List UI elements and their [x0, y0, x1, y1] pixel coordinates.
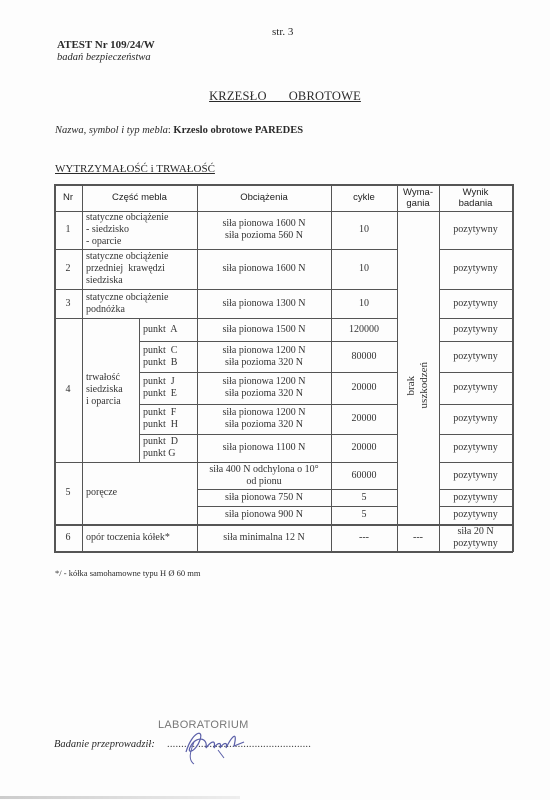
row-cycles: --- — [331, 524, 397, 551]
test-points-line: punkt D — [143, 436, 178, 448]
row-load: siła minimalna 12 N — [197, 524, 331, 551]
row-cycles-text: 10 — [359, 298, 369, 310]
row-result-line: pozytywny — [453, 492, 497, 504]
row-load-line: siła pozioma 320 N — [222, 419, 305, 431]
test-points-text: punkt Fpunkt H — [143, 407, 178, 431]
header-cycles-line: cykle — [353, 192, 375, 203]
header-load: Obciążenia — [197, 184, 331, 211]
row-nr: 3 — [54, 289, 82, 318]
requirement-merged-cell: brakuszkodzeń — [397, 318, 439, 462]
row-part-text: statyczne obciążenie- siedzisko- oparcie — [86, 212, 168, 248]
row-load-line: od pionu — [209, 476, 318, 488]
row-result-text: pozytywny — [453, 351, 497, 363]
row-cycles-text: --- — [359, 532, 369, 544]
row-load-line: siła 400 N odchylona o 10° — [209, 464, 318, 476]
test-points: punkt Dpunkt G — [139, 434, 201, 462]
row-cycles: 10 — [331, 249, 397, 289]
header-requirements-text: Wyma-gania — [403, 187, 433, 209]
row-load-line: siła pionowa 1200 N — [222, 345, 305, 357]
test-points-text: punkt Dpunkt G — [143, 436, 178, 460]
test-points-line: punkt E — [143, 388, 177, 400]
row-load-text: siła pionowa 750 N — [225, 492, 303, 504]
row-cycles-line: 20000 — [352, 413, 377, 425]
row-load-text: siła pionowa 1200 Nsiła pozioma 320 N — [222, 345, 305, 369]
header-part-text: Część mebla — [112, 192, 167, 203]
row-nr-text: 2 — [66, 263, 71, 275]
row-cycles: 5 — [331, 489, 397, 506]
row-nr: 5 — [54, 462, 82, 524]
row-part-text: statyczne obciążeniepodnóżka — [86, 292, 168, 316]
header-cycles-text: cykle — [353, 192, 375, 203]
row-result: pozytywny — [439, 289, 512, 318]
strength-durability-table: NrCzęść meblaObciążeniacykleWyma-ganiaWy… — [54, 184, 513, 552]
row-load-text: siła pionowa 1100 N — [223, 442, 306, 454]
row-load-text: siła pionowa 1300 N — [222, 298, 305, 310]
requirement-merged-text: brakuszkodzeń — [405, 362, 431, 408]
row-result-text: pozytywny — [453, 263, 497, 275]
header-result: Wynikbadania — [439, 184, 512, 211]
row-result: pozytywny — [439, 318, 512, 341]
row-part-line: poręcze — [86, 487, 117, 499]
row-part-line: statyczne obciążenie — [86, 292, 168, 304]
row-cycles-line: 10 — [359, 224, 369, 236]
row-nr: 6 — [54, 524, 82, 551]
test-points-line: punkt J — [143, 376, 177, 388]
row-nr-line: 4 — [66, 384, 71, 396]
row-load: siła pionowa 1200 Nsiła pozioma 320 N — [197, 372, 331, 404]
row-nr-text: 4 — [66, 384, 71, 396]
row-cycles-line: 20000 — [352, 442, 377, 454]
row-load-line: siła pionowa 1500 N — [222, 324, 305, 336]
row-result-line: siła 20 N — [453, 526, 497, 538]
row-load-line: siła pozioma 320 N — [222, 388, 305, 400]
test-points: punkt Cpunkt B — [139, 341, 201, 372]
header-part: Część mebla — [82, 184, 197, 211]
row-part-line: i oparcia — [86, 396, 123, 408]
table-gridline — [512, 184, 514, 552]
row-nr-text: 6 — [66, 532, 71, 544]
header-nr-line: Nr — [63, 192, 73, 203]
row-cycles-line: 60000 — [352, 470, 377, 482]
row-cycles-text: 20000 — [352, 413, 377, 425]
row-result-text: pozytywny — [453, 492, 497, 504]
test-points-text: punkt A — [143, 324, 177, 336]
row-result: pozytywny — [439, 434, 512, 462]
row-load: siła 400 N odchylona o 10°od pionu — [197, 462, 331, 489]
row-load-text: siła pionowa 1200 Nsiła pozioma 320 N — [222, 407, 305, 431]
row-result-line: pozytywny — [453, 382, 497, 394]
row-result-line: pozytywny — [453, 298, 497, 310]
row-result-text: pozytywny — [453, 442, 497, 454]
row-part: statyczne obciążenieprzedniej krawędzisi… — [82, 249, 201, 289]
header-part-line: Część mebla — [112, 192, 167, 203]
document-title-text: KRZESŁO OBROTOWE — [209, 89, 361, 103]
test-points-line: punkt G — [143, 448, 178, 460]
certificate-subtitle: badań bezpieczeństwa — [57, 52, 151, 63]
requirement-line: uszkodzeń — [418, 362, 431, 408]
row-nr-line: 1 — [66, 224, 71, 236]
row-load-text: siła minimalna 12 N — [223, 532, 304, 544]
row-part-line: przedniej krawędzi — [86, 263, 168, 275]
row-load-line: siła pionowa 1200 N — [222, 407, 305, 419]
row-part-line: podnóżka — [86, 304, 168, 316]
header-result-line: Wynik — [459, 187, 493, 198]
row-result-line: pozytywny — [453, 224, 497, 236]
row-cycles: 10 — [331, 289, 397, 318]
row-result: siła 20 Npozytywny — [439, 524, 512, 551]
certificate-number: ATEST Nr 109/24/W — [57, 39, 155, 51]
row-cycles: 80000 — [331, 341, 397, 372]
row-nr-line: 3 — [66, 298, 71, 310]
row-part: opór toczenia kółek* — [82, 524, 201, 551]
row-result-text: pozytywny — [453, 298, 497, 310]
test-points: punkt Jpunkt E — [139, 372, 201, 404]
row-nr: 4 — [54, 318, 82, 462]
row-load: siła pionowa 1100 N — [197, 434, 331, 462]
row-cycles-text: 10 — [359, 263, 369, 275]
row-result-line: pozytywny — [453, 538, 497, 550]
row-load-line: siła pionowa 1100 N — [223, 442, 306, 454]
test-points-line: punkt C — [143, 345, 177, 357]
row-nr-line: 2 — [66, 263, 71, 275]
header-requirements-line: Wyma- — [403, 187, 433, 198]
table-gridline — [54, 551, 513, 553]
row-load-line: siła pozioma 560 N — [222, 230, 305, 242]
row-load-line: siła minimalna 12 N — [223, 532, 304, 544]
header-requirements: Wyma-gania — [397, 184, 439, 211]
row-load-line: siła pionowa 1200 N — [222, 376, 305, 388]
header-result-line: badania — [459, 198, 493, 209]
row-part-line: siedziska — [86, 275, 168, 287]
row-load-line: siła pionowa 750 N — [225, 492, 303, 504]
row-part-line: siedziska — [86, 384, 123, 396]
row-part-text: trwałośćsiedziskai oparcia — [86, 372, 123, 408]
row-cycles-line: 10 — [359, 263, 369, 275]
row-part-line: - siedzisko — [86, 224, 168, 236]
row-nr: 2 — [54, 249, 82, 289]
row-nr-line: 5 — [66, 487, 71, 499]
row-cycles-line: 120000 — [349, 324, 379, 336]
row-part-line: trwałość — [86, 372, 123, 384]
test-points-line: punkt A — [143, 324, 177, 336]
row-load-text: siła pionowa 1500 N — [222, 324, 305, 336]
row-result-text: pozytywny — [453, 382, 497, 394]
row-result-line: pozytywny — [453, 509, 497, 521]
row-nr-text: 3 — [66, 298, 71, 310]
product-line: Nazwa, symbol i typ mebla: Krzeslo obrot… — [55, 125, 303, 136]
footnote: */ - kółka samohamowne typu H Ø 60 mm — [55, 568, 200, 578]
header-result-text: Wynikbadania — [459, 187, 493, 209]
row-result-line: pozytywny — [453, 413, 497, 425]
header-nr: Nr — [54, 184, 82, 211]
row-part-text: opór toczenia kółek* — [86, 532, 170, 544]
document-title: KRZESŁO OBROTOWE — [0, 89, 550, 104]
row-load: siła pionowa 750 N — [197, 489, 331, 506]
product-value: Krzeslo obrotowe PAREDES — [173, 125, 303, 136]
row-part-line: opór toczenia kółek* — [86, 532, 170, 544]
row-result-text: pozytywny — [453, 324, 497, 336]
row-part-line: - oparcie — [86, 236, 168, 248]
row-nr-line: 6 — [66, 532, 71, 544]
row-result-text: siła 20 Npozytywny — [453, 526, 497, 550]
row-result-text: pozytywny — [453, 224, 497, 236]
row-load-line: siła pozioma 320 N — [222, 357, 305, 369]
signed-by-label: Badanie przeprowadził: — [54, 739, 155, 750]
row-load-text: siła 400 N odchylona o 10°od pionu — [209, 464, 318, 488]
row-result-line: pozytywny — [453, 263, 497, 275]
test-points-line: punkt F — [143, 407, 178, 419]
row-result-text: pozytywny — [453, 413, 497, 425]
row-cycles-text: 10 — [359, 224, 369, 236]
scan-edge — [0, 796, 240, 799]
signature-icon — [178, 722, 248, 767]
row-result: pozytywny — [439, 404, 512, 434]
row-cycles: 60000 — [331, 462, 397, 489]
row-load-line: siła pionowa 900 N — [225, 509, 303, 521]
row-cycles-text: 80000 — [352, 351, 377, 363]
row-nr-text: 1 — [66, 224, 71, 236]
test-points: punkt A — [139, 318, 201, 341]
row-cycles-line: 80000 — [352, 351, 377, 363]
row-load: siła pionowa 1300 N — [197, 289, 331, 318]
section-title: WYTRZYMAŁOŚĆ i TRWAŁOŚĆ — [55, 163, 215, 175]
row-cycles-line: --- — [359, 532, 369, 544]
test-points: punkt Fpunkt H — [139, 404, 201, 434]
row-cycles: 20000 — [331, 434, 397, 462]
row-result-text: pozytywny — [453, 509, 497, 521]
row-cycles-line: 5 — [362, 509, 367, 521]
row-cycles: 5 — [331, 506, 397, 524]
row-result: pozytywny — [439, 372, 512, 404]
header-nr-text: Nr — [63, 192, 73, 203]
row-requirement-text: --- — [413, 532, 423, 544]
page-number: str. 3 — [272, 26, 293, 38]
row-requirement-line: --- — [413, 532, 423, 544]
row-load: siła pionowa 900 N — [197, 506, 331, 524]
row-result: pozytywny — [439, 341, 512, 372]
row-result-text: pozytywny — [453, 470, 497, 482]
row-load: siła pionowa 1600 N — [197, 249, 331, 289]
row-result-line: pozytywny — [453, 442, 497, 454]
header-requirements-line: gania — [403, 198, 433, 209]
row-cycles: 10 — [331, 211, 397, 249]
row-result: pozytywny — [439, 489, 512, 506]
row-result-line: pozytywny — [453, 470, 497, 482]
row-cycles: 120000 — [331, 318, 397, 341]
row-cycles-text: 120000 — [349, 324, 379, 336]
row-load: siła pionowa 1500 N — [197, 318, 331, 341]
row-load-text: siła pionowa 1600 N — [222, 263, 305, 275]
row-cycles-text: 5 — [362, 509, 367, 521]
row-part-line: statyczne obciążenie — [86, 212, 168, 224]
row-part: poręcze — [82, 462, 201, 524]
row-part: statyczne obciążeniepodnóżka — [82, 289, 201, 318]
row-load-text: siła pionowa 1200 Nsiła pozioma 320 N — [222, 376, 305, 400]
row-cycles-text: 20000 — [352, 382, 377, 394]
row-load-line: siła pionowa 1600 N — [222, 263, 305, 275]
row-cycles-line: 10 — [359, 298, 369, 310]
row-cycles: 20000 — [331, 372, 397, 404]
row-load: siła pionowa 1600 Nsiła pozioma 560 N — [197, 211, 331, 249]
row-load-line: siła pionowa 1600 N — [222, 218, 305, 230]
row-load-text: siła pionowa 1600 Nsiła pozioma 560 N — [222, 218, 305, 242]
row-cycles-text: 5 — [362, 492, 367, 504]
row-result: pozytywny — [439, 506, 512, 524]
row-part-text: poręcze — [86, 487, 117, 499]
row-cycles-line: 20000 — [352, 382, 377, 394]
row-cycles-text: 60000 — [352, 470, 377, 482]
row-result-line: pozytywny — [453, 324, 497, 336]
row-part-text: statyczne obciążenieprzedniej krawędzisi… — [86, 251, 168, 287]
row-load-text: siła pionowa 900 N — [225, 509, 303, 521]
row-result-line: pozytywny — [453, 351, 497, 363]
row-result: pozytywny — [439, 462, 512, 489]
test-points-text: punkt Jpunkt E — [143, 376, 177, 400]
header-cycles: cykle — [331, 184, 397, 211]
row-load-line: siła pionowa 1300 N — [222, 298, 305, 310]
row-nr-text: 5 — [66, 487, 71, 499]
row-nr: 1 — [54, 211, 82, 249]
product-label: Nazwa, symbol i typ mebla — [55, 125, 168, 136]
header-load-text: Obciążenia — [240, 192, 288, 203]
row-part-line: statyczne obciążenie — [86, 251, 168, 263]
row-load: siła pionowa 1200 Nsiła pozioma 320 N — [197, 404, 331, 434]
row-load: siła pionowa 1200 Nsiła pozioma 320 N — [197, 341, 331, 372]
test-points-line: punkt B — [143, 357, 177, 369]
row-cycles-text: 20000 — [352, 442, 377, 454]
row-part: statyczne obciążenie- siedzisko- oparcie — [82, 211, 201, 249]
row-result: pozytywny — [439, 211, 512, 249]
test-points-line: punkt H — [143, 419, 178, 431]
header-load-line: Obciążenia — [240, 192, 288, 203]
row-part: trwałośćsiedziskai oparcia — [82, 318, 143, 462]
row-cycles-line: 5 — [362, 492, 367, 504]
test-points-text: punkt Cpunkt B — [143, 345, 177, 369]
requirement-line: brak — [405, 362, 418, 408]
row-cycles: 20000 — [331, 404, 397, 434]
row-requirement: --- — [397, 524, 439, 551]
row-result: pozytywny — [439, 249, 512, 289]
